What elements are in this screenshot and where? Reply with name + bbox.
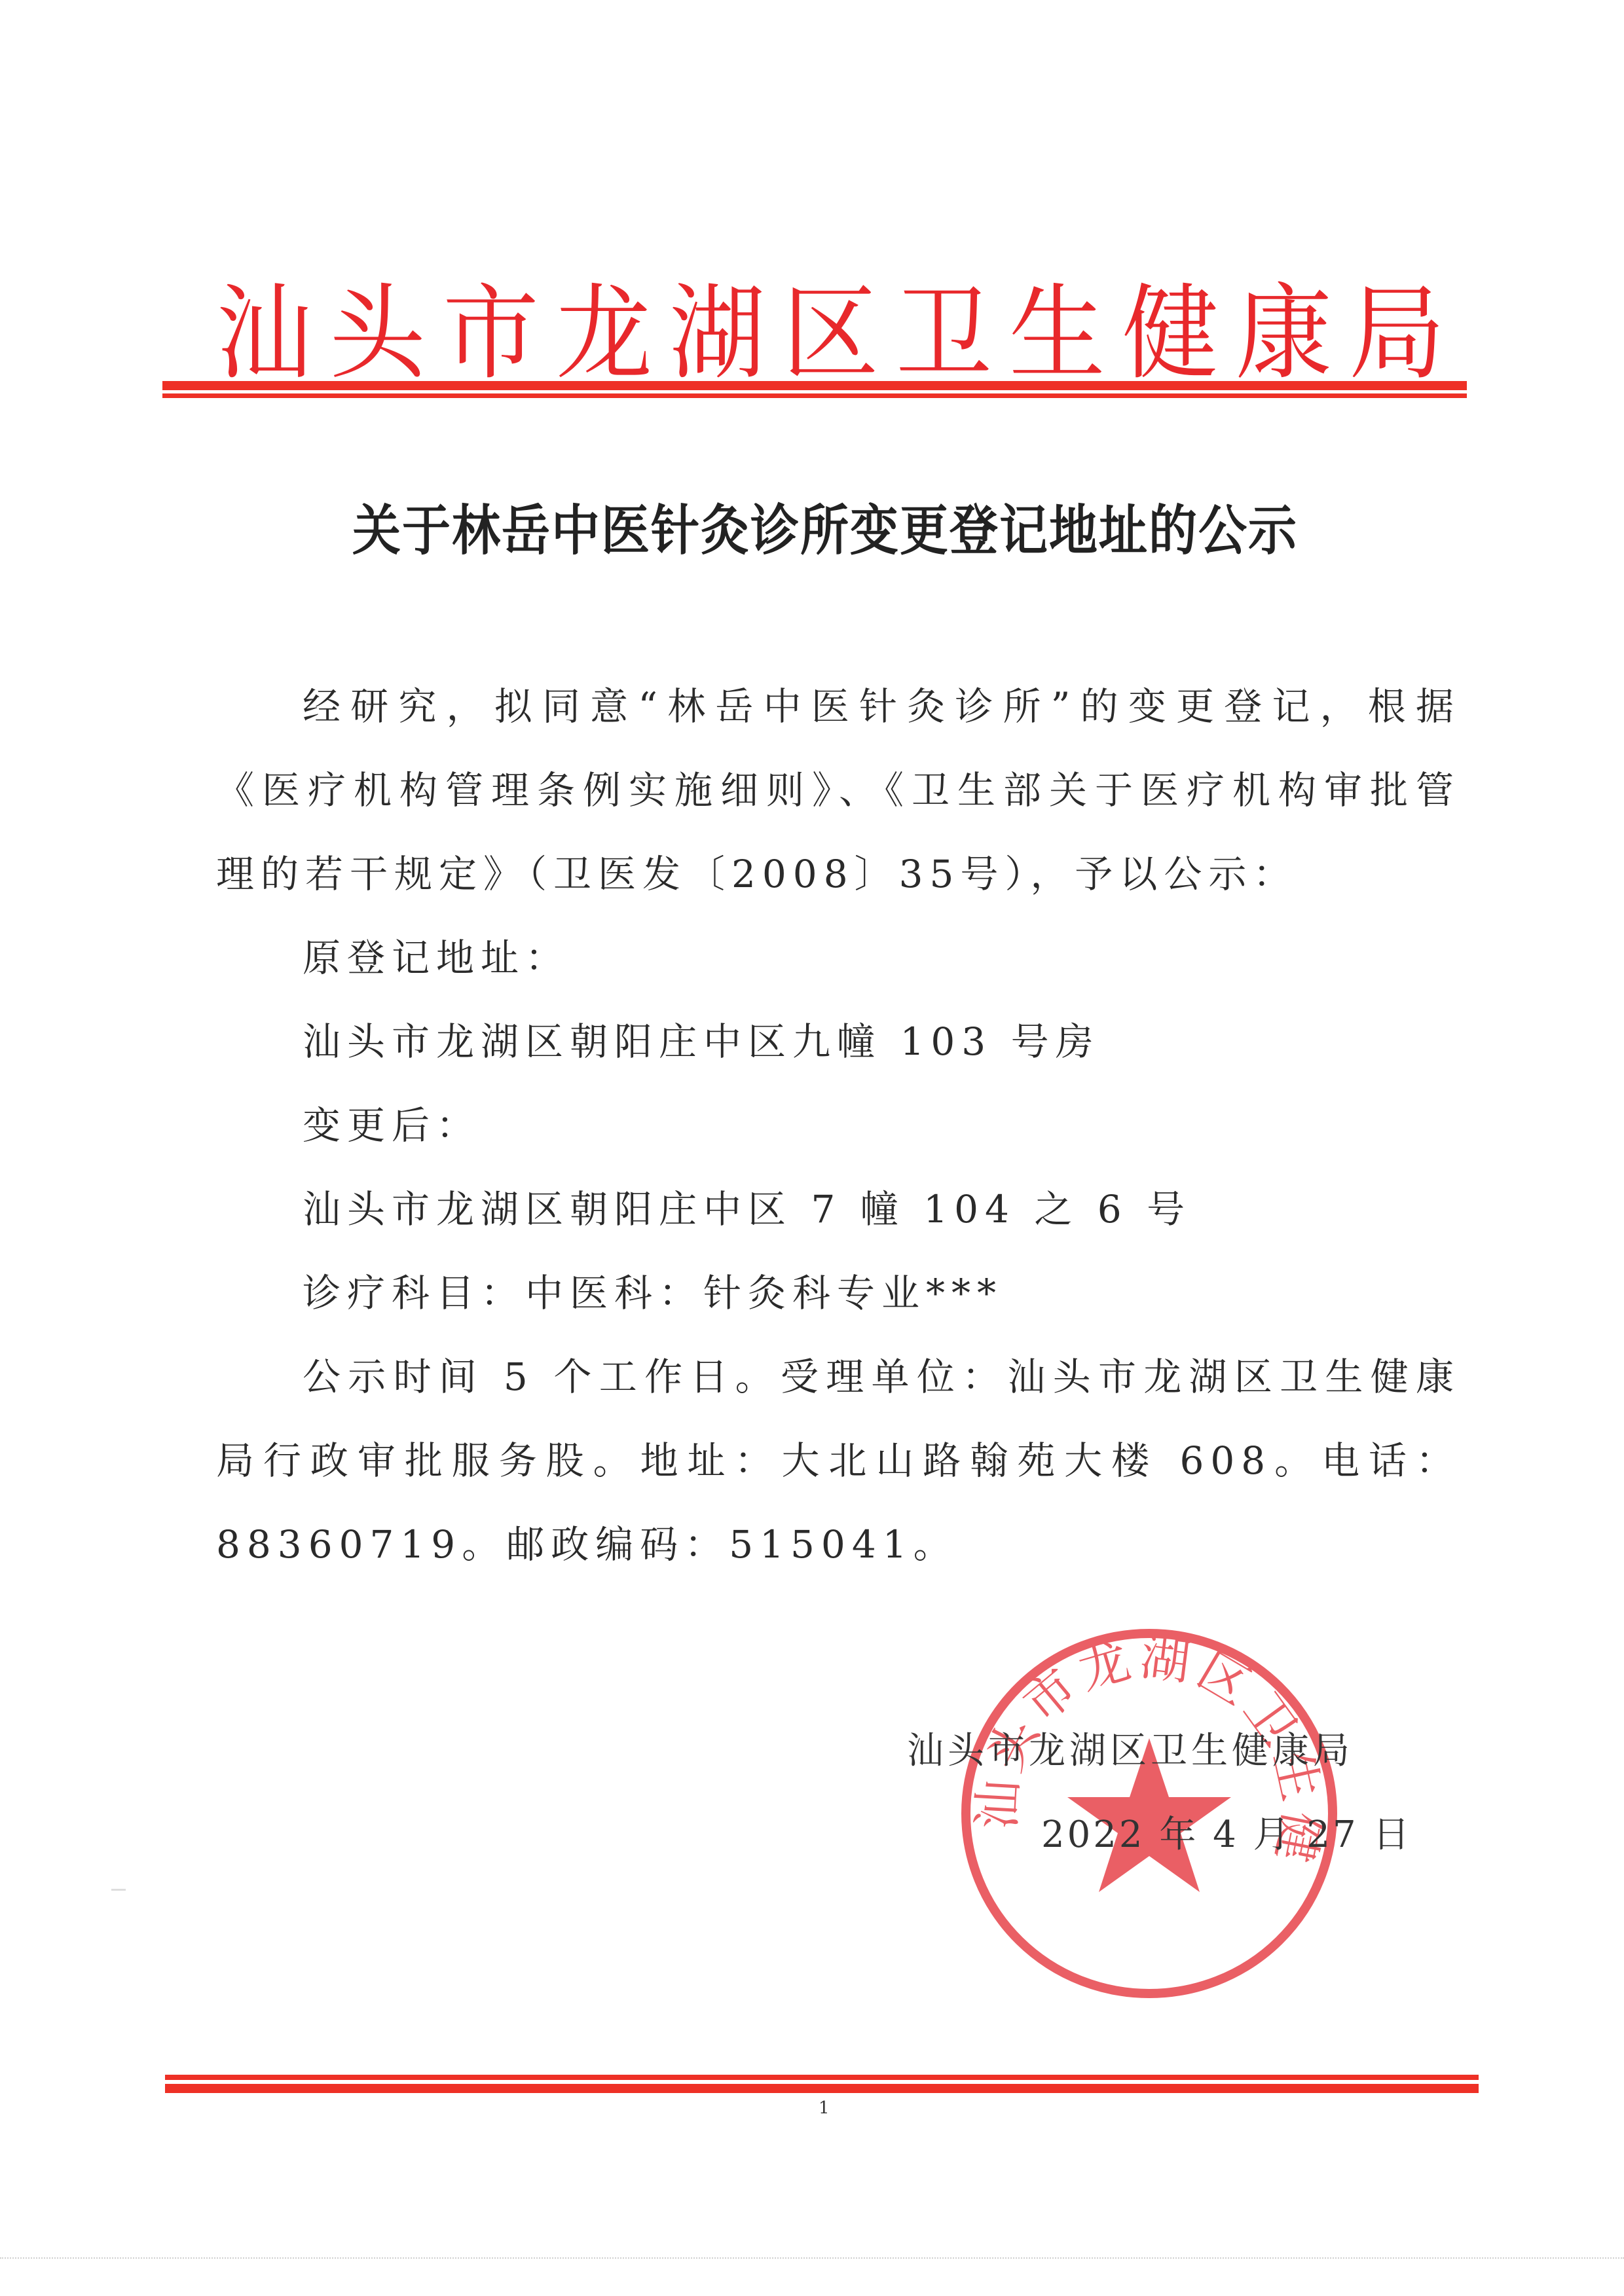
document-title: 关于林岳中医针灸诊所变更登记地址的公示 — [301, 488, 1349, 566]
masthead-rule-thick — [162, 381, 1467, 390]
masthead-rule-thin — [162, 393, 1467, 398]
original-address-label: 原登记地址： — [216, 916, 1460, 1000]
page-number: 1 — [819, 2098, 830, 2118]
original-address: 汕头市龙湖区朝阳庄中区九幢 103 号房 — [216, 1000, 1460, 1084]
signature-date: 2022 年 4 月 27 日 — [1041, 1806, 1412, 1858]
body-paragraph-notice: 公示时间 5 个工作日。受理单位：汕头市龙湖区卫生健康局行政审批服务股。地址：大… — [216, 1335, 1460, 1586]
changed-address-label: 变更后： — [216, 1084, 1460, 1167]
document-page: 汕头市龙湖区卫生健康局 关于林岳中医针灸诊所变更登记地址的公示 经研究，拟同意“… — [0, 0, 1624, 2296]
scan-edge-line — [0, 2257, 1624, 2259]
footer-rule-thin — [165, 2075, 1479, 2080]
departments: 诊疗科目：中医科：针灸科专业*** — [216, 1251, 1460, 1335]
masthead-org-name: 汕头市龙湖区卫生健康局 — [216, 275, 1288, 393]
new-address: 汕头市龙湖区朝阳庄中区 7 幢 104 之 6 号 — [216, 1167, 1460, 1251]
signature-org: 汕头市龙湖区卫生健康局 — [907, 1722, 1354, 1774]
document-body: 经研究，拟同意“林岳中医针灸诊所”的变更登记，根据《医疗机构管理条例实施细则》、… — [216, 665, 1460, 1586]
body-paragraph-intro: 经研究，拟同意“林岳中医针灸诊所”的变更登记，根据《医疗机构管理条例实施细则》、… — [216, 665, 1460, 916]
scan-mark — [111, 1889, 126, 1891]
footer-rule-thick — [165, 2084, 1479, 2093]
